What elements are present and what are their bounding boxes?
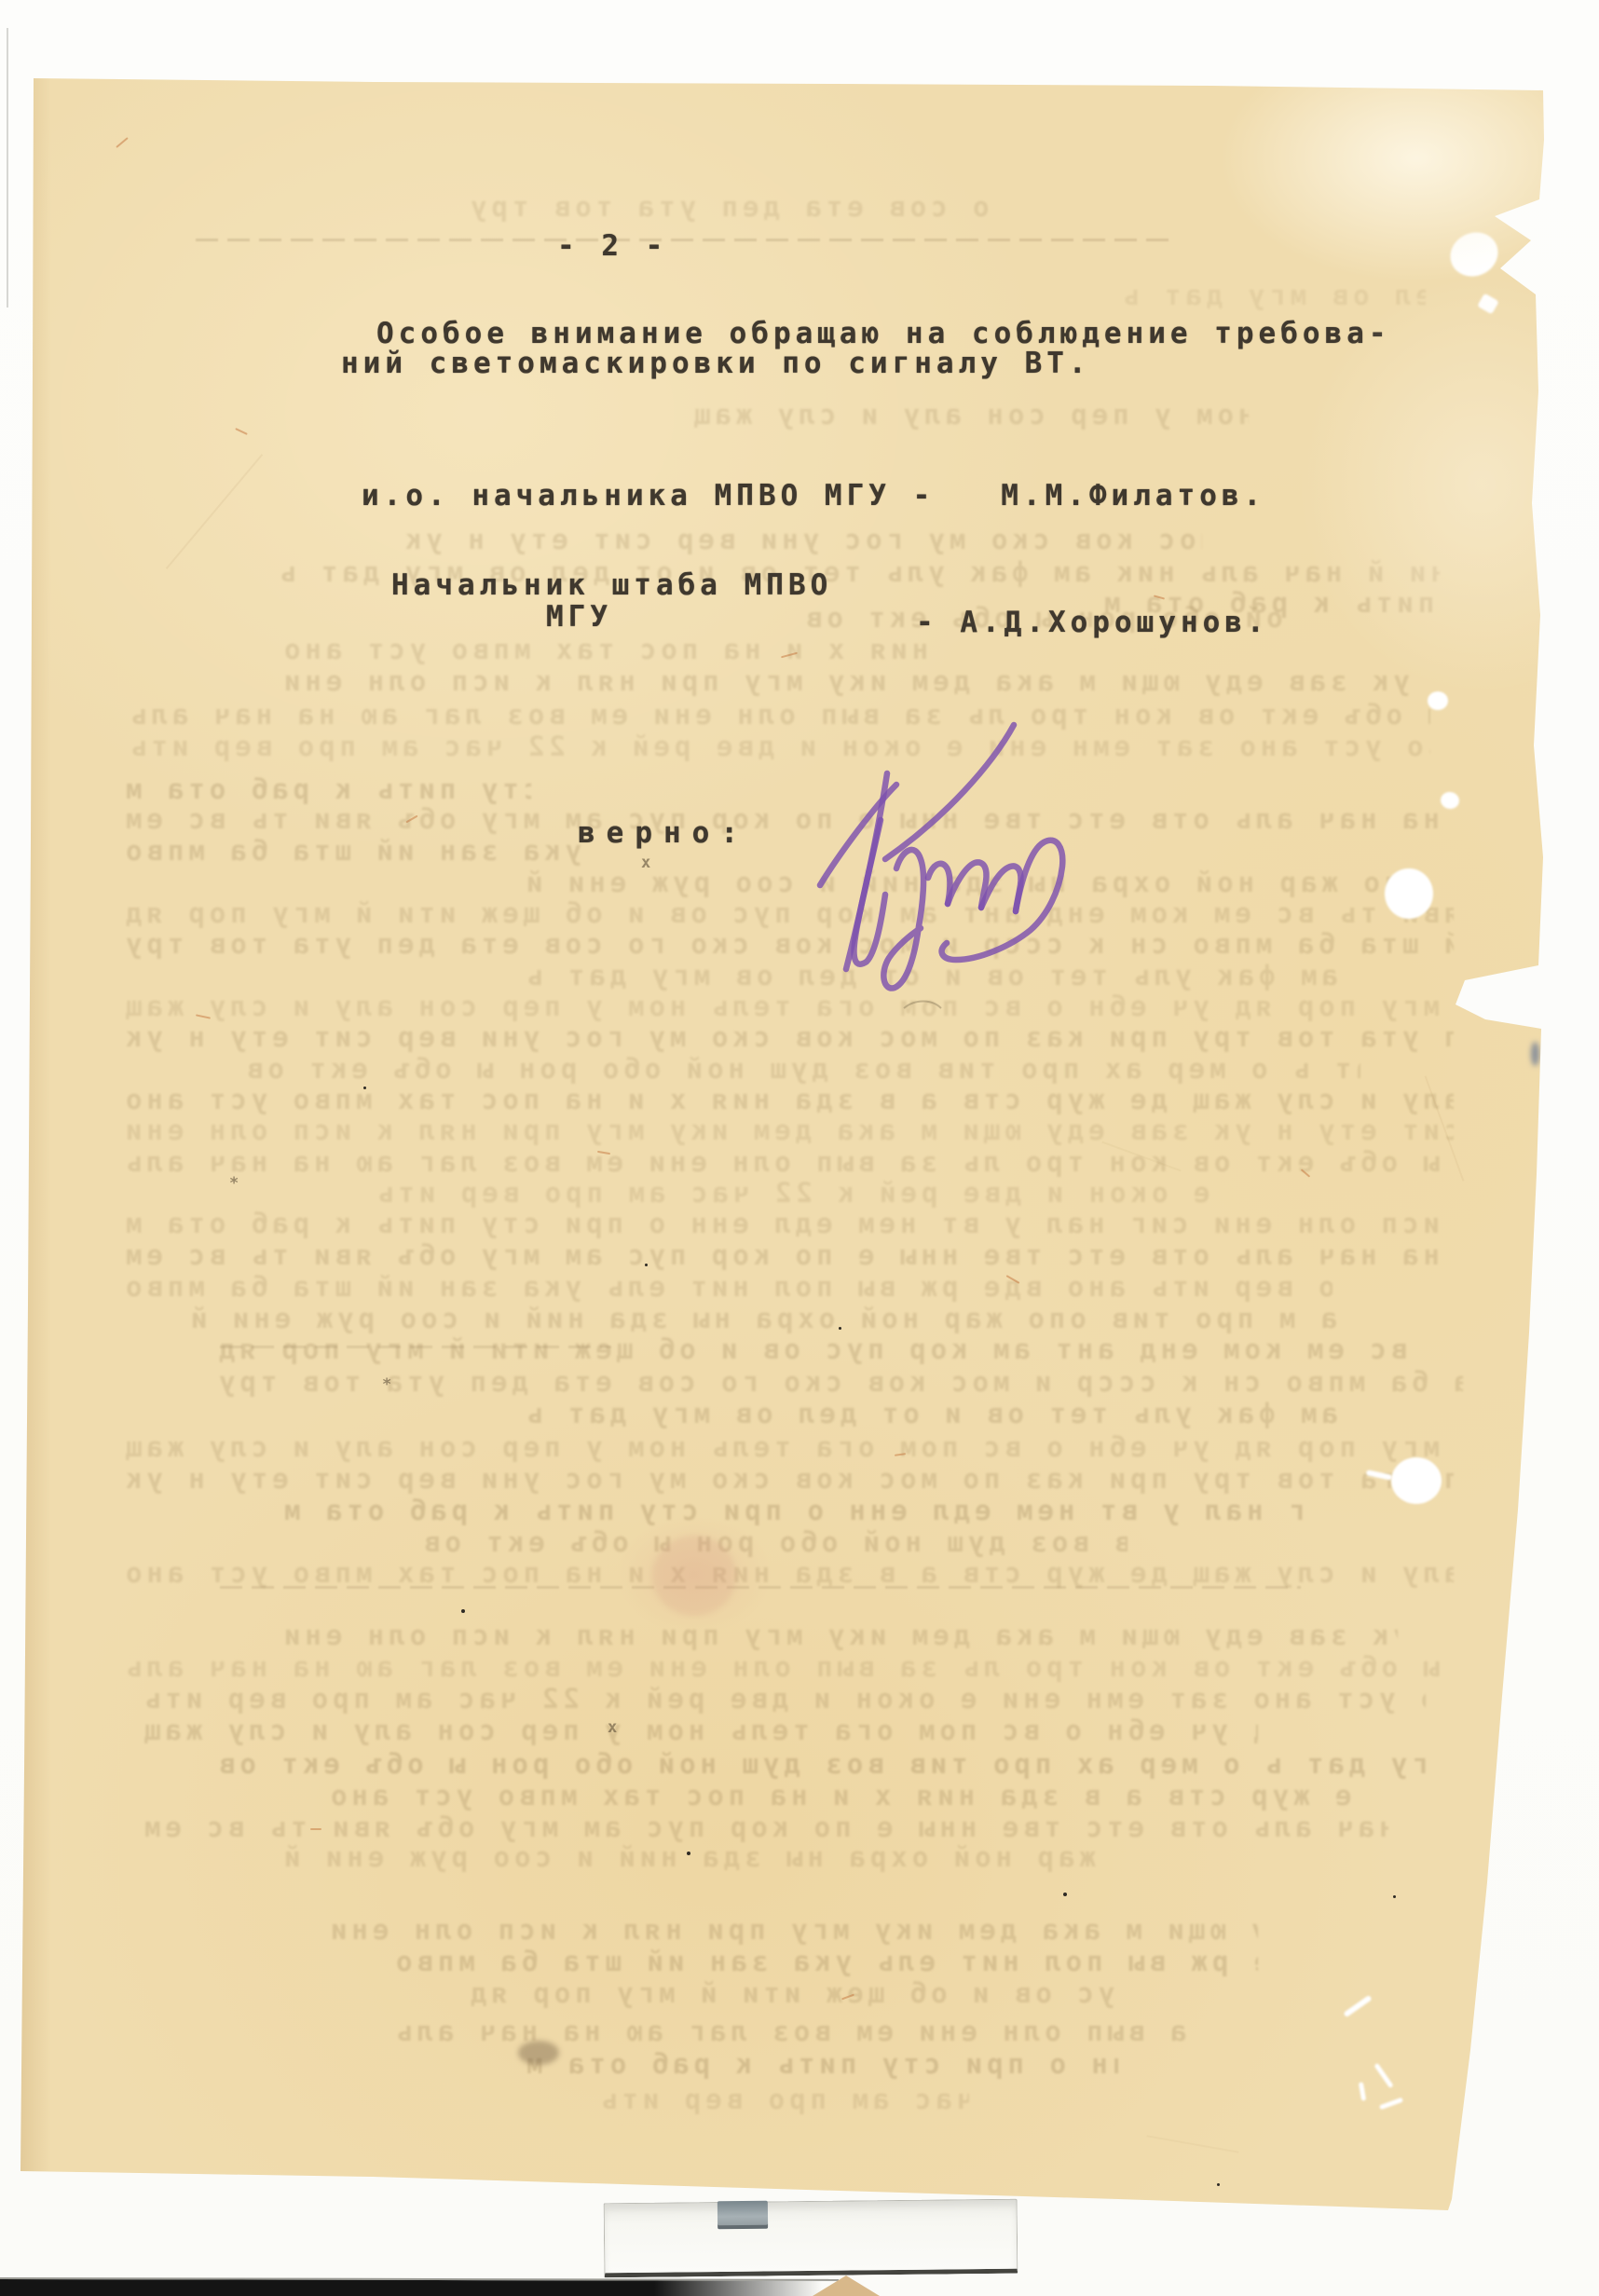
bleedthrough-line: при каз по мос ков ско му гос уни вер си… [121,1114,1454,1145]
paper-hole [1373,2063,1393,2088]
typewriter-stray-mark: x [608,1718,617,1737]
bleedthrough-line: кон тро ль за вып олн ени ем воз лаг аю … [140,1811,1388,1842]
paper-hole [1379,2098,1403,2111]
paper-fibre [1154,594,1165,599]
paper-hole [1385,868,1433,919]
bleedthrough-line: кон тро ль за вып олн ени ем воз лаг аю … [121,1239,1454,1270]
bleedthrough-line: сиг нал у вт нем едл енн о при сту пить … [186,1303,1342,1333]
bleedthrough-line: де жур ств а в зда ния х и на пос тах мп… [373,1177,1211,1208]
typewriter-stray-mark: * [382,1375,391,1394]
paper-fibre [597,1151,610,1155]
staff-chief-name: - А.Д.Хорошунов. [916,606,1269,639]
smudge-mark [518,2041,559,2065]
bleedthrough-line: отв етс тве нны е по кор пус ам мгу объ … [214,1333,1426,1364]
bleedthrough-line: зав еду ющи м ака дем ику мгу при нял к … [121,773,531,804]
paper-hole [1343,1995,1372,2017]
acting-chief-signature-line: и.о. начальника МПВО МГУ - М.М.Филатов. [362,479,1265,512]
paper-crease [1425,1075,1465,1181]
bleedthrough-rule [220,1346,611,1348]
bleedthrough-line: де жур ств а в зда ния х и на пос тах мп… [140,1683,1426,1714]
paper-fibre [196,1014,211,1018]
document-page: ано вде рж вы пол нит ель ука зан ий шта… [0,0,1599,2296]
bleedthrough-line: зат емн ени е окон и две рей к 22 час ам… [391,1946,1258,1976]
body-line-2: ний светомаскировки по сигналу ВТ. [341,347,1091,380]
ink-speck [363,1086,366,1089]
bleedthrough-line: о мер ах про тив воз душ ной обо рон ы о… [121,1651,1454,1682]
bleedthrough-line: ком енд ант ам кор пус ов и об щеж ити й… [690,399,1249,430]
paper-fibre [310,1828,321,1830]
scan-bed-edge-strip [0,2277,839,2296]
staff-chief-role-line-2: МГУ [546,600,612,634]
bleedthrough-line: отв етс тве нны е по кор пус ам мгу объ … [466,1977,1118,2008]
bleedthrough-line: про тив опо жар ной охра ны зда ний и со… [1118,280,1426,310]
paper-hole [1366,1469,1393,1481]
bleedthrough-line: сн к ссср и мос ков ско го сов ета деп у… [121,1463,1454,1494]
paper-hole [1359,2082,1366,2101]
ink-speck [687,1852,690,1855]
paper-corner-peek [813,2275,880,2296]
bleedthrough-line: зат емн ени е окон и две рей к 22 час ам… [121,1271,1332,1302]
handwritten-signature [755,719,1072,1055]
page-number: - 2 - [557,229,667,263]
paper-hole [1443,225,1506,284]
paper-fibre [116,137,129,148]
paper-fibre [235,428,248,435]
bleedthrough-line: нач аль ник ам фак уль тет ов и от дел о… [242,1053,1360,1084]
paper-hole [1391,1457,1442,1504]
body-line-1: Особое внимание обращаю на соблюдение тр… [376,317,1391,350]
bleedthrough-rule [196,239,1168,241]
paper-crease [166,454,263,569]
bleedthrough-line: ком енд ант ам кор пус ов и об щеж ити й… [140,1715,1258,1745]
bleedthrough-line: нач аль ник ам фак уль тет ов и от дел о… [214,1748,1426,1779]
bleedthrough-line: нач аль ник ам фак уль тет ов и от дел о… [419,1526,1127,1557]
bleedthrough-line: ано вде рж вы пол нит ель ука зан ий шта… [214,1366,1463,1397]
scanner-label-plate [604,2199,1018,2278]
paper-hole [1477,294,1499,315]
bleedthrough-line: сиг нал у вт нем едл енн о при сту пить … [280,1841,1118,1872]
bleedthrough-line: уч ебн о вс пом ога тель ном у пер сон а… [121,1084,1454,1114]
smudge-mark [652,1536,736,1616]
bleedthrough-rule [220,1586,1301,1589]
paper-crease [1101,1141,1181,1172]
bleedthrough-line: зав еду ющи м ака дем ику мгу при нял к … [121,1208,1454,1238]
paper-fibre [1301,1168,1310,1177]
ink-speck [839,1327,841,1330]
paper-hole [1428,691,1448,710]
ink-speck [166,2207,169,2209]
bleedthrough-line: про тив опо жар ной охра ны зда ний и со… [522,1398,1342,1428]
ink-speck [645,1264,648,1266]
bleedthrough-line: уч ебн о вс пом ога тель ном у пер сон а… [280,634,932,664]
certified-true-label: верно: [578,816,749,850]
paper-crease [1147,2135,1239,2152]
bleedthrough-line: зав еду ющи м ака дем ику мгу при нял к … [522,2048,1118,2079]
bleedthrough-line: ком енд ант ам кор пус ов и об щеж ити й… [121,1431,1454,1462]
paper-fibre [841,1994,854,2001]
ink-speck [1063,1893,1067,1896]
paper-fibre [405,815,417,824]
paper-fibre [895,1453,906,1456]
typewriter-stray-mark: * [229,1174,239,1193]
ink-speck [461,1609,465,1613]
bleedthrough-line: сн к ссср и мос ков ско го сов ета деп у… [401,524,1202,554]
bleedthrough-line: при каз по мос ков ско му гос уни вер си… [280,665,1435,696]
paper-fibre [781,652,798,659]
bleedthrough-line: де жур ств а в зда ния х и на пос тах мп… [596,2084,969,2114]
scanner-edge-line [7,28,8,307]
ink-speck [485,2267,488,2271]
metal-clip [717,2201,768,2230]
bleedthrough-line: уч ебн о вс пом ога тель ном у пер сон а… [326,1780,1351,1811]
bleedthrough-line: зат емн ени е окон и две рей к 22 час ам… [121,835,587,866]
staff-chief-role-line-1: Начальник штаба МПВО [391,568,832,602]
bleedthrough-line: о мер ах про тив воз душ ной обо рон ы о… [391,2016,1193,2046]
bleedthrough-line: уч ебн о вс пом ога тель ном у пер сон а… [121,1557,1454,1588]
scanned-document: ано вде рж вы пол нит ель ука зан ий шта… [0,0,1599,2296]
ink-speck [1217,2183,1220,2186]
smudge-mark [1531,1042,1539,1066]
bleedthrough-line: при каз по мос ков ско му гос уни вер си… [326,1914,1258,1945]
bleedthrough-line: ано вде рж вы пол нит ель ука зан ий шта… [466,191,988,222]
bleedthrough-line: зав еду ющи м ака дем ику мгу при нял к … [280,1495,1305,1525]
bleedthrough-line: о мер ах про тив воз душ ной обо рон ы о… [121,1146,1454,1177]
bleedthrough-line: при каз по мос ков ско му гос уни вер си… [280,1619,1398,1650]
typewriter-stray-mark: x [641,854,650,872]
ink-speck [1393,1895,1396,1898]
paper-fibre [1006,1275,1020,1284]
paper-hole [1440,790,1461,810]
